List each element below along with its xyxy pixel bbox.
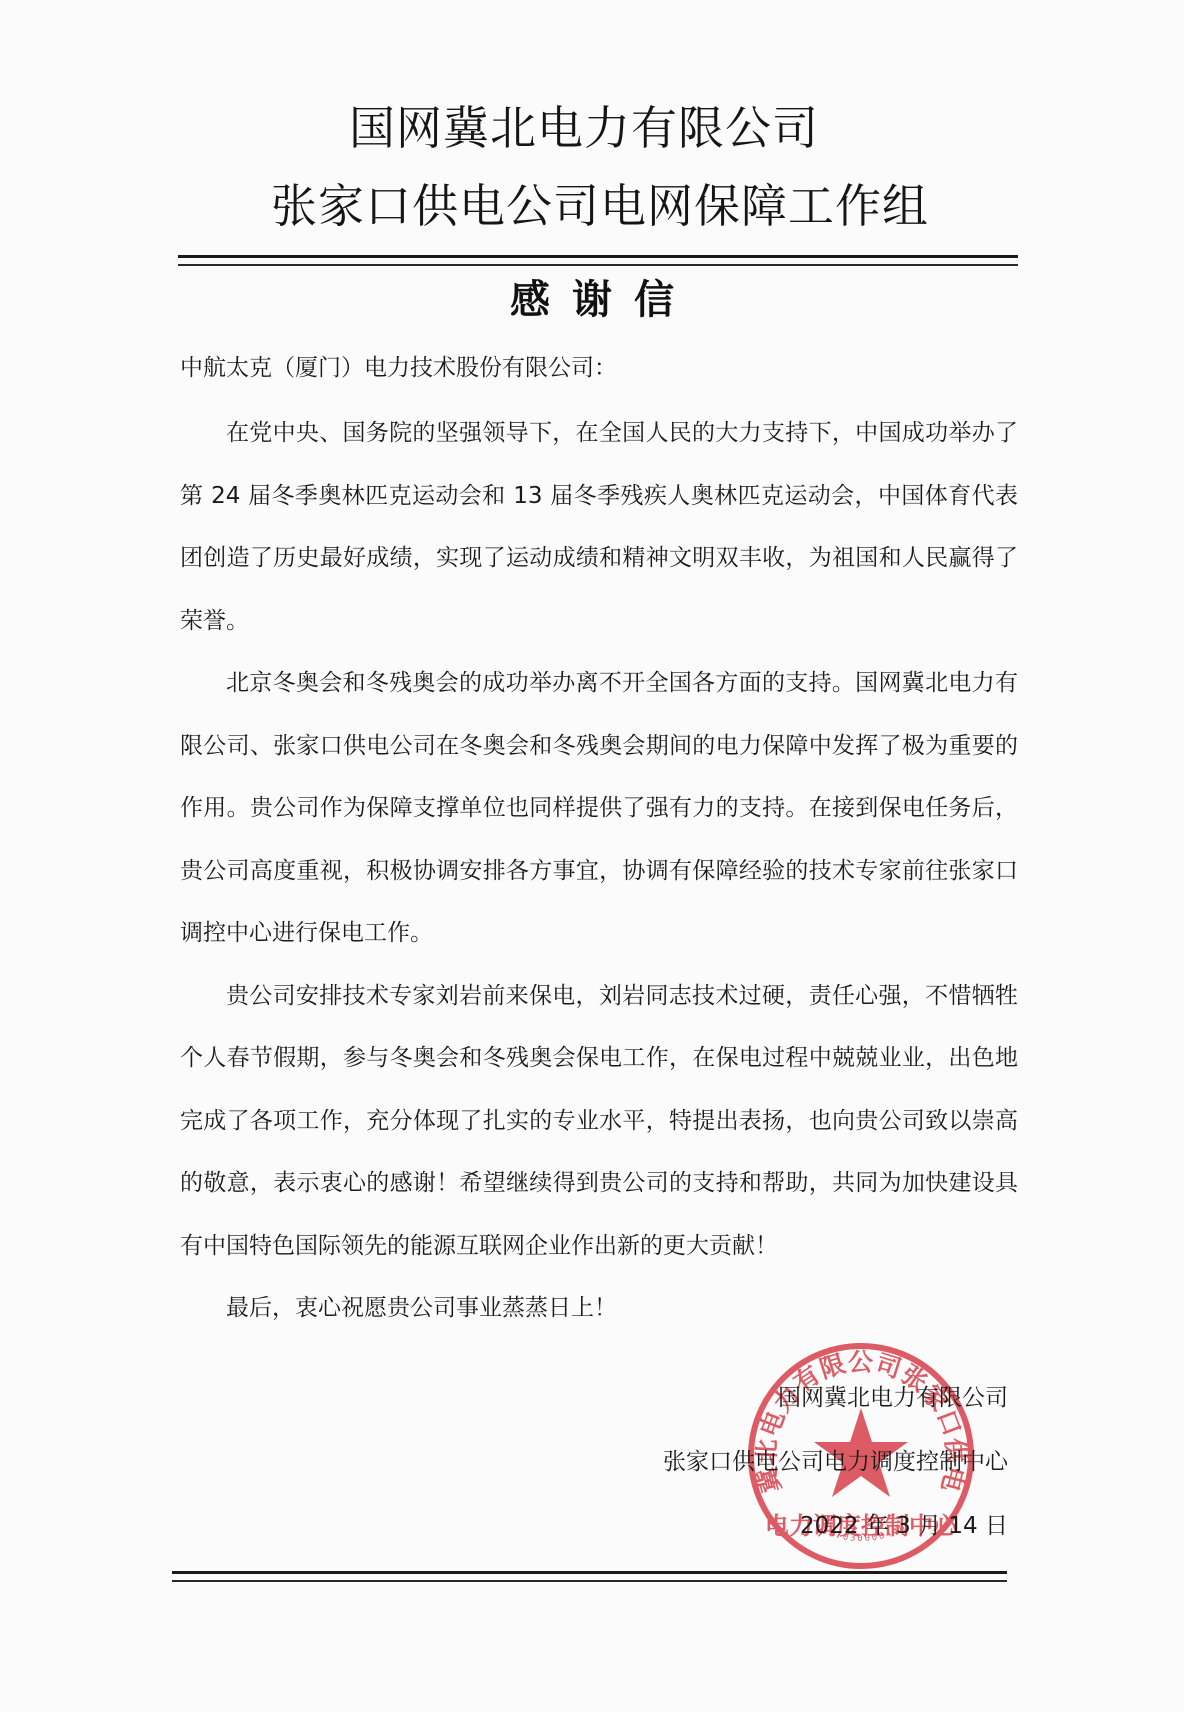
signature-date: 2022 年 3 月 14 日 xyxy=(800,1510,1008,1542)
letterhead-org-name: 国网冀北电力有限公司 xyxy=(0,98,1176,158)
signature-department: 张家口供电公司电力调度控制中心 xyxy=(663,1446,1008,1478)
letter-body: 在党中央、国务院的坚强领导下，在全国人民的大力支持下，中国成功举办了第 24 届… xyxy=(180,402,1018,1340)
header-divider-thin xyxy=(178,264,1018,266)
letter-title: 感谢信 xyxy=(0,272,1184,328)
body-paragraph: 在党中央、国务院的坚强领导下，在全国人民的大力支持下，中国成功举办了第 24 届… xyxy=(180,402,1018,652)
signature-organization: 国网冀北电力有限公司 xyxy=(778,1382,1008,1414)
footer-divider-thin xyxy=(172,1580,1007,1582)
body-paragraph: 最后，衷心祝愿贵公司事业蒸蒸日上！ xyxy=(180,1277,1018,1340)
header-divider-thick xyxy=(178,255,1018,258)
body-paragraph: 北京冬奥会和冬残奥会的成功举办离不开全国各方面的支持。国网冀北电力有限公司、张家… xyxy=(180,652,1018,965)
body-paragraph: 贵公司安排技术专家刘岩前来保电，刘岩同志技术过硬，责任心强，不惜牺牲个人春节假期… xyxy=(180,965,1018,1278)
letter-salutation: 中航太克（厦门）电力技术股份有限公司： xyxy=(180,352,617,384)
letterhead-work-group: 张家口供电公司电网保障工作组 xyxy=(8,176,1184,236)
